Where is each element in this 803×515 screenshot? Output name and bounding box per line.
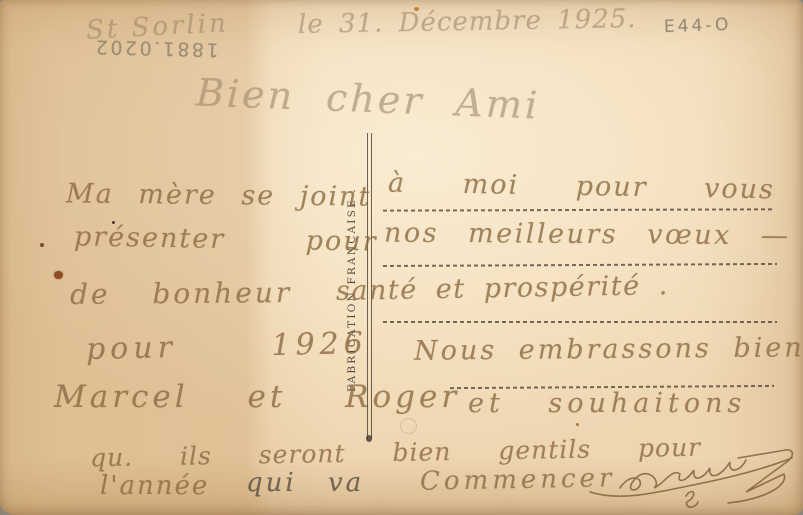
stain-ring xyxy=(400,418,417,434)
inventory-number-pencil-upside-down: 1881.0202 xyxy=(72,36,240,59)
signature-flourish xyxy=(588,430,800,512)
postcard-photo: St Sorlin le 31. Décembre 1925. E44-O 18… xyxy=(0,0,803,515)
message-row3-right: santé et prospérité . xyxy=(336,272,669,305)
stain-speck xyxy=(54,271,63,279)
message-row7-overwritten: qui va xyxy=(246,470,364,496)
message-row4-left: pour 1926 xyxy=(86,329,368,365)
message-row5-left: Marcel et Roger xyxy=(54,382,460,413)
stain-speck xyxy=(576,423,579,426)
address-rule-1 xyxy=(383,208,773,211)
message-row3-left: de bonheur xyxy=(70,279,292,309)
message-row4-right: Nous embrassons bien xyxy=(414,334,803,364)
address-rule-2 xyxy=(383,263,777,267)
stain-speck xyxy=(112,221,115,224)
stain-speck xyxy=(40,243,44,247)
message-row7-left: l'année xyxy=(100,473,209,499)
message-row5-right: et souhaitons xyxy=(468,390,746,417)
handwritten-date: le 31. Décembre 1925. xyxy=(298,6,637,38)
message-row1-right: à moi pour vous xyxy=(388,170,775,204)
reference-code-pencil: E44-O xyxy=(664,17,732,36)
message-row1-left: Ma mère se joint xyxy=(66,180,372,210)
message-row7-right: Commencer xyxy=(420,465,616,494)
greeting-line: Bien cher Ami xyxy=(195,73,540,124)
message-row2-left: présenter pour xyxy=(74,223,378,255)
address-rule-3 xyxy=(383,321,777,323)
message-row2-right: nos meilleurs vœux — xyxy=(384,220,791,250)
postcard-paper: St Sorlin le 31. Décembre 1925. E44-O 18… xyxy=(0,0,803,515)
stain-speck xyxy=(414,7,419,11)
